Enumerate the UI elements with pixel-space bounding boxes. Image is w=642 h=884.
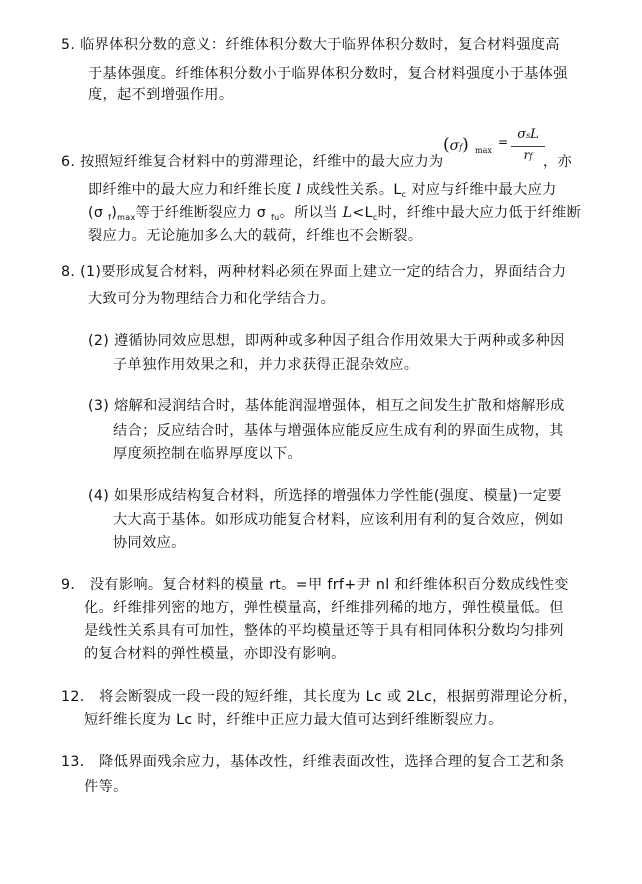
text-line: 9． 没有影响。复合材料的模量 rt。=甲 frf+尹 nl 和纤维体积百分数成… — [61, 575, 569, 595]
formula-max-subscript: max — [475, 146, 492, 155]
text-line: (3) 熔解和浸润结合时，基体能润湿增强体，相互之间发生扩散和熔解形成 — [88, 396, 565, 416]
text-line: 化。纤维排列密的地方，弹性模量高，纤维排列稀的地方，弹性模量低。但 — [84, 598, 564, 618]
text-line: 协同效应。 — [113, 533, 186, 553]
text-line: 厚度须控制在临界厚度以下。 — [113, 444, 302, 464]
text-line: 的复合材料的弹性模量，亦即没有影响。 — [84, 644, 346, 664]
text-line: 裂应力。无论施加多么大的载荷，纤维也不会断裂。 — [88, 226, 422, 246]
formula-fraction: σsL rf — [511, 127, 545, 162]
text-line: 6. 按照短纤维复合材料中的剪滞理论，纤维中的最大应力为 — [61, 152, 444, 172]
formula-lhs: (σf) — [443, 135, 469, 155]
text-line: (4) 如果形成结构复合材料，所选择的增强体力学性能(强度、模量)一定要 — [88, 486, 562, 506]
text-line: 短纤维长度为 Lc 时，纤维中正应力最大值可达到纤维断裂应力。 — [84, 710, 503, 730]
fraction-bar — [511, 146, 545, 147]
formula-numerator: σsL — [511, 127, 545, 145]
text-line: 子单独作用效果之和，并力求获得正混杂效应。 — [113, 355, 418, 375]
text-line: (2) 遵循协同效应思想，即两种或多种因子组合作用效果大于两种或多种因 — [88, 331, 565, 351]
document-page: 5. 临界体积分数的意义：纤维体积分数大于临界体积分数时，复合材料强度高 于基体… — [0, 0, 642, 884]
text-line: 结合；反应结合时，基体与增强体应能反应生成有利的界面生成物，其 — [113, 421, 564, 441]
text-line: 度，起不到增强作用。 — [88, 85, 233, 105]
text-line: 8. (1)要形成复合材料，两种材料必须在界面上建立一定的结合力，界面结合力 — [61, 262, 566, 282]
text-line: 件等。 — [84, 777, 128, 797]
text-line: 12． 将会断裂成一段一段的短纤维，其长度为 Lc 或 2Lc，根据剪滞理论分析… — [61, 687, 578, 707]
text-line: 大致可分为物理结合力和化学结合力。 — [88, 289, 335, 309]
text-line: (σ f)max等于纤维断裂应力 σ fu。所以当 L<Lc时，纤维中最大应力低… — [88, 203, 581, 228]
text-line: 13． 降低界面残余应力，基体改性，纤维表面改性，选择合理的复合工艺和条 — [61, 752, 564, 772]
text-line: 大大高于基体。如形成功能复合材料，应该利用有利的复合效应，例如 — [113, 510, 564, 530]
text-line: 是线性关系具有可加性，整体的平均模量还等于具有相同体积分数均匀排列 — [84, 621, 564, 641]
text-line: 即纤维中的最大应力和纤维长度 l 成线性关系。Lc 对应与纤维中最大应力 — [88, 180, 557, 205]
text-line: ，亦 — [543, 152, 572, 172]
max-stress-formula: (σf) max = σsL rf — [443, 131, 543, 177]
formula-denominator: rf — [511, 148, 545, 162]
text-line: 5. 临界体积分数的意义：纤维体积分数大于临界体积分数时，复合材料强度高 — [61, 35, 560, 55]
formula-equals: = — [498, 135, 508, 149]
text-line: 于基体强度。纤维体积分数小于临界体积分数时，复合材料强度小于基体强 — [88, 64, 568, 84]
